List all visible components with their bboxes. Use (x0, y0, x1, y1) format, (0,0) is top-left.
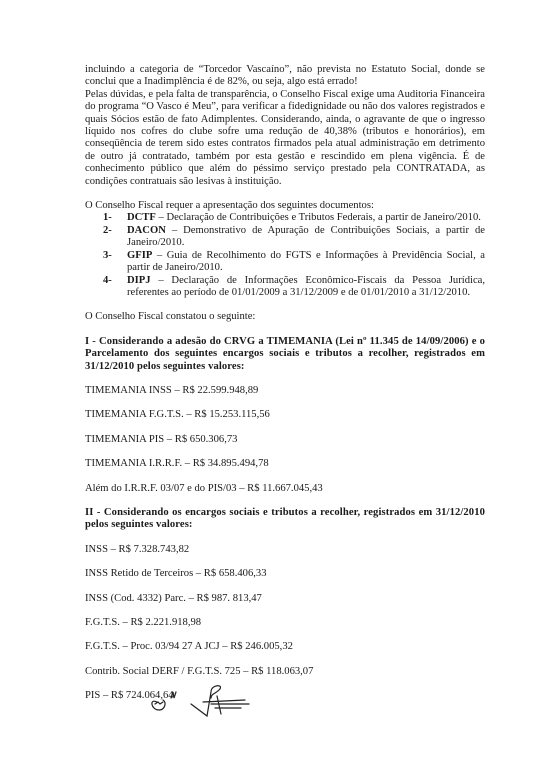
irrf-pis-extra: Além do I.R.R.F. 03/07 e do PIS/03 – R$ … (85, 483, 485, 495)
document-code: GFIP (127, 250, 152, 261)
inss: INSS – R$ 7.328.743,82 (85, 544, 485, 556)
timemania-inss: TIMEMANIA INSS – R$ 22.599.948,89 (85, 385, 485, 397)
document-item: 2-DACON – Demonstrativo de Apuração de C… (103, 225, 485, 250)
fgts: F.G.T.S. – R$ 2.221.918,98 (85, 617, 485, 629)
document-description: – Declaração de Contribuições e Tributos… (156, 212, 481, 223)
document-code: DCTF (127, 212, 156, 223)
documents-list: 1-DCTF – Declaração de Contribuições e T… (85, 212, 485, 299)
document-body: incluindo a categoria de “Torcedor Vasca… (85, 64, 485, 703)
inss-retido-terceiros: INSS Retido de Terceiros – R$ 658.406,33 (85, 568, 485, 580)
timemania-pis: TIMEMANIA PIS – R$ 650.306,73 (85, 434, 485, 446)
document-item: 4-DIPJ – Declaração de Informações Econô… (103, 275, 485, 300)
scanned-page: incluindo a categoria de “Torcedor Vasca… (0, 0, 558, 768)
contrib-social-derf: Contrib. Social DERF / F.G.T.S. 725 – R$… (85, 666, 485, 678)
document-description: – Guia de Recolhimento do FGTS e Informa… (127, 250, 485, 273)
document-description: – Demonstrativo de Apuração de Contribui… (127, 225, 485, 248)
paragraph-inadimplencia: incluindo a categoria de “Torcedor Vasca… (85, 64, 485, 89)
section-2-heading: II - Considerando os encargos sociais e … (85, 507, 485, 532)
handwritten-signature (145, 680, 305, 720)
document-code: DACON (127, 225, 166, 236)
document-description: – Declaração de Informações Econômico-Fi… (127, 275, 485, 298)
document-item: 3-GFIP – Guia de Recolhimento do FGTS e … (103, 250, 485, 275)
timemania-fgts: TIMEMANIA F.G.T.S. – R$ 15.253.115,56 (85, 409, 485, 421)
document-code: DIPJ (127, 275, 151, 286)
findings-intro: O Conselho Fiscal constatou o seguinte: (85, 311, 485, 323)
documents-intro: O Conselho Fiscal requer a apresentação … (85, 200, 485, 212)
timemania-irrf: TIMEMANIA I.R.R.F. – R$ 34.895.494,78 (85, 458, 485, 470)
inss-cod-4332: INSS (Cod. 4332) Parc. – R$ 987. 813,47 (85, 593, 485, 605)
paragraph-auditoria: Pelas dúvidas, e pela falta de transparê… (85, 89, 485, 188)
fgts-proc: F.G.T.S. – Proc. 03/94 27 A JCJ – R$ 246… (85, 641, 485, 653)
section-1-heading: I - Considerando a adesão do CRVG a TIME… (85, 336, 485, 373)
document-item: 1-DCTF – Declaração de Contribuições e T… (103, 212, 485, 224)
